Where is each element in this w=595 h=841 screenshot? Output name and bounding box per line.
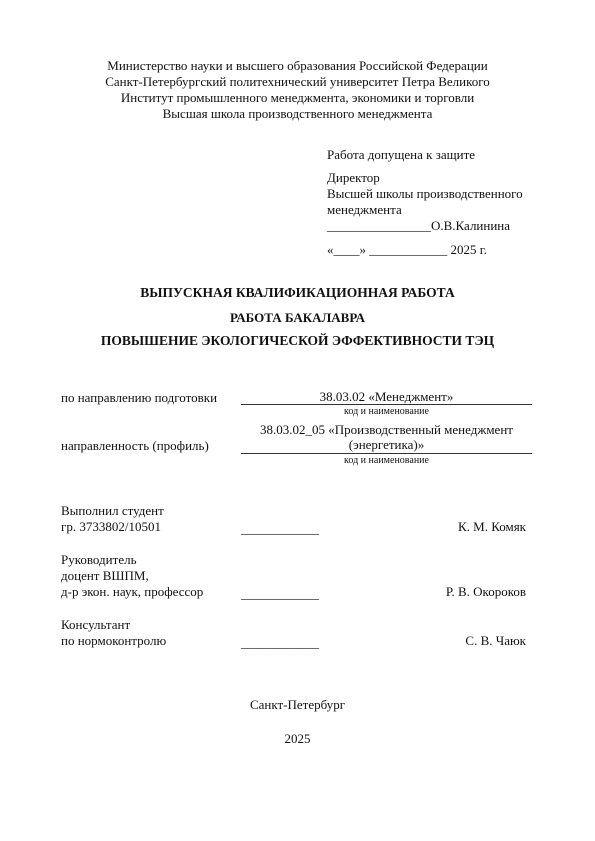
profile-value-line2: (энергетика)» xyxy=(241,437,532,453)
director-title: Директор xyxy=(327,170,380,186)
approval-date-line: «____» ____________ 2025 г. xyxy=(327,242,487,258)
profile-value-line1: 38.03.02_05 «Производственный менеджмент xyxy=(241,422,532,438)
profile-label: направленность (профиль) xyxy=(61,438,209,454)
profile-hint: код и наименование xyxy=(241,455,532,466)
footer-year: 2025 xyxy=(0,731,595,747)
topic-title: ПОВЫШЕНИЕ ЭКОЛОГИЧЕСКОЙ ЭФФЕКТИВНОСТИ ТЭ… xyxy=(0,333,595,349)
school-line: Высшая школа производственного менеджмен… xyxy=(0,106,595,122)
university-line: Санкт-Петербургский политехнический унив… xyxy=(0,74,595,90)
student-name: К. М. Комяк xyxy=(458,519,526,535)
supervisor-role-line1: Руководитель xyxy=(61,552,137,568)
supervisor-role-line3: д-р экон. наук, профессор xyxy=(61,584,203,600)
consultant-role-line1: Консультант xyxy=(61,617,130,633)
footer-city: Санкт-Петербург xyxy=(0,697,595,713)
supervisor-signature-blank: ____________ xyxy=(241,586,319,602)
director-signature-line: ________________О.В.Калинина xyxy=(327,218,510,234)
director-org-line1: Высшей школы производственного xyxy=(327,186,523,202)
degree-title: РАБОТА БАКАЛАВРА xyxy=(0,310,595,326)
supervisor-role-line2: доцент ВШПМ, xyxy=(61,568,149,584)
ministry-line: Министерство науки и высшего образования… xyxy=(0,58,595,74)
institute-line: Институт промышленного менеджмента, экон… xyxy=(0,90,595,106)
direction-label: по направлению подготовки xyxy=(61,390,217,406)
student-group: гр. 3733802/10501 xyxy=(61,519,161,535)
student-signature-blank: ____________ xyxy=(241,521,319,537)
supervisor-name: Р. В. Окороков xyxy=(446,584,526,600)
admitted-text: Работа допущена к защите xyxy=(327,147,475,163)
profile-underline xyxy=(241,453,532,454)
consultant-role-line2: по нормоконтролю xyxy=(61,633,166,649)
direction-underline xyxy=(241,404,532,405)
consultant-name: С. В. Чаюк xyxy=(465,633,526,649)
direction-value: 38.03.02 «Менеджмент» xyxy=(241,389,532,405)
director-org-line2: менеджмента xyxy=(327,202,402,218)
direction-hint: код и наименование xyxy=(241,406,532,417)
work-type-title: ВЫПУСКНАЯ КВАЛИФИКАЦИОННАЯ РАБОТА xyxy=(0,285,595,301)
consultant-signature-blank: ____________ xyxy=(241,635,319,651)
student-role-line1: Выполнил студент xyxy=(61,503,164,519)
